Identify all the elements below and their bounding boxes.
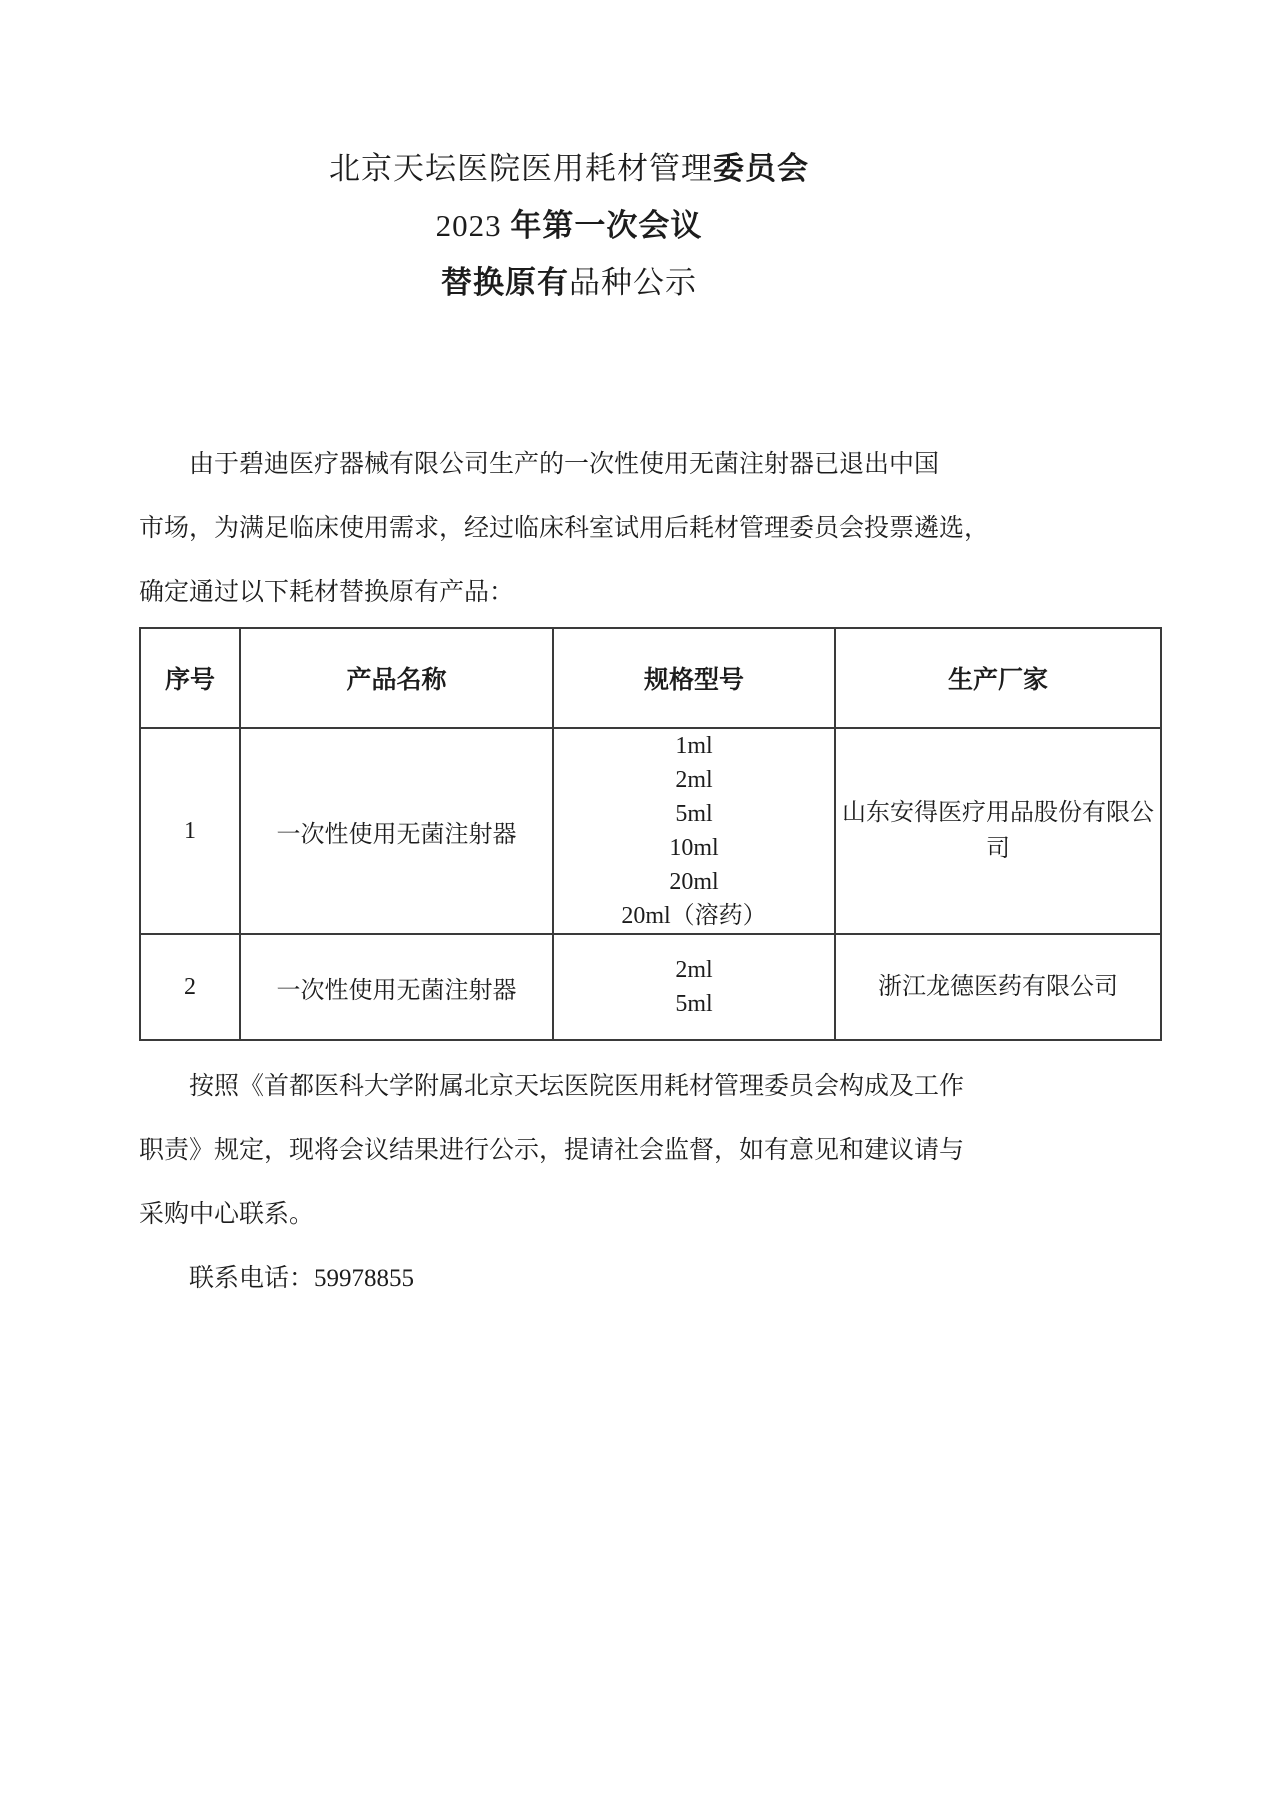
closing-paragraph: 按照《首都医科大学附属北京天坛医院医用耗材管理委员会构成及工作 职责》规定，现将… <box>139 1055 999 1247</box>
row-2-manufacturer-cell: 浙江龙德医药有限公司 <box>835 934 1161 1040</box>
spec-line: 2ml <box>554 763 834 797</box>
spec-line: 10ml <box>554 831 834 865</box>
spec-line: 5ml <box>554 797 834 831</box>
title-2-bold-segment: 年第一次会议 <box>510 208 702 243</box>
intro-paragraph: 由于碧迪医疗器械有限公司生产的一次性使用无菌注射器已退出中国 市场，为满足临床使… <box>139 433 999 625</box>
table-row-1: 1 一次性使用无菌注射器 1ml 2ml 5ml 10ml 20ml 20ml（… <box>140 728 1161 934</box>
row-2-specs-cell: 2ml 5ml <box>553 934 835 1040</box>
table-header-row: 序号 产品名称 规格型号 生产厂家 <box>140 628 1161 728</box>
header-cell-serial: 序号 <box>140 628 240 728</box>
contact-label: 联系电话： <box>189 1265 314 1292</box>
row-1-product-cell: 一次性使用无菌注射器 <box>240 728 553 934</box>
spec-line: 2ml <box>554 953 834 987</box>
contact-phone: 59978855 <box>314 1265 414 1292</box>
closing-line-1: 按照《首都医科大学附属北京天坛医院医用耗材管理委员会构成及工作 <box>139 1055 999 1119</box>
row-1-serial-cell: 1 <box>140 728 240 934</box>
spec-line: 20ml（溶药） <box>554 899 834 933</box>
header-cell-spec-model: 规格型号 <box>553 628 835 728</box>
replacement-products-table: 序号 产品名称 规格型号 生产厂家 1 一次性使用无菌注射器 1ml 2ml 5… <box>139 627 1162 1041</box>
spec-line: 1ml <box>554 729 834 763</box>
document-content: 北京天坛医院医用耗材管理委员会 2023 年第一次会议 替换原有品种公示 由于碧… <box>0 0 1281 1311</box>
table-row-2: 2 一次性使用无菌注射器 2ml 5ml 浙江龙德医药有限公司 <box>140 934 1161 1040</box>
closing-line-3: 采购中心联系。 <box>139 1183 999 1247</box>
title-line-2: 2023 年第一次会议 <box>139 197 999 254</box>
title-1-normal-segment: 北京天坛医院医用耗材管理 <box>329 151 713 186</box>
header-cell-product-name: 产品名称 <box>240 628 553 728</box>
intro-line-3: 确定通过以下耗材替换原有产品： <box>139 561 999 625</box>
row-1-manufacturer-cell: 山东安得医疗用品股份有限公司 <box>835 728 1161 934</box>
closing-line-2: 职责》规定，现将会议结果进行公示，提请社会监督，如有意见和建议请与 <box>139 1119 999 1183</box>
title-1-bold-segment: 委员会 <box>713 151 809 186</box>
intro-line-2: 市场，为满足临床使用需求，经过临床科室试用后耗材管理委员会投票遴选， <box>139 497 999 561</box>
title-line-3: 替换原有品种公示 <box>139 254 999 311</box>
intro-line-1: 由于碧迪医疗器械有限公司生产的一次性使用无菌注射器已退出中国 <box>139 433 999 497</box>
spec-line: 5ml <box>554 987 834 1021</box>
title-3-bold-segment: 替换原有 <box>441 265 569 300</box>
row-2-serial-cell: 2 <box>140 934 240 1040</box>
row-2-product-cell: 一次性使用无菌注射器 <box>240 934 553 1040</box>
title-line-1: 北京天坛医院医用耗材管理委员会 <box>139 140 999 197</box>
document-title-block: 北京天坛医院医用耗材管理委员会 2023 年第一次会议 替换原有品种公示 <box>139 140 999 311</box>
title-2-normal-segment: 2023 <box>436 208 511 243</box>
header-cell-manufacturer: 生产厂家 <box>835 628 1161 728</box>
row-1-specs-cell: 1ml 2ml 5ml 10ml 20ml 20ml（溶药） <box>553 728 835 934</box>
document-page: 北京天坛医院医用耗材管理委员会 2023 年第一次会议 替换原有品种公示 由于碧… <box>0 0 1281 1812</box>
contact-line: 联系电话：59978855 <box>139 1247 999 1311</box>
spec-line: 20ml <box>554 865 834 899</box>
title-3-normal-segment: 品种公示 <box>569 265 697 300</box>
